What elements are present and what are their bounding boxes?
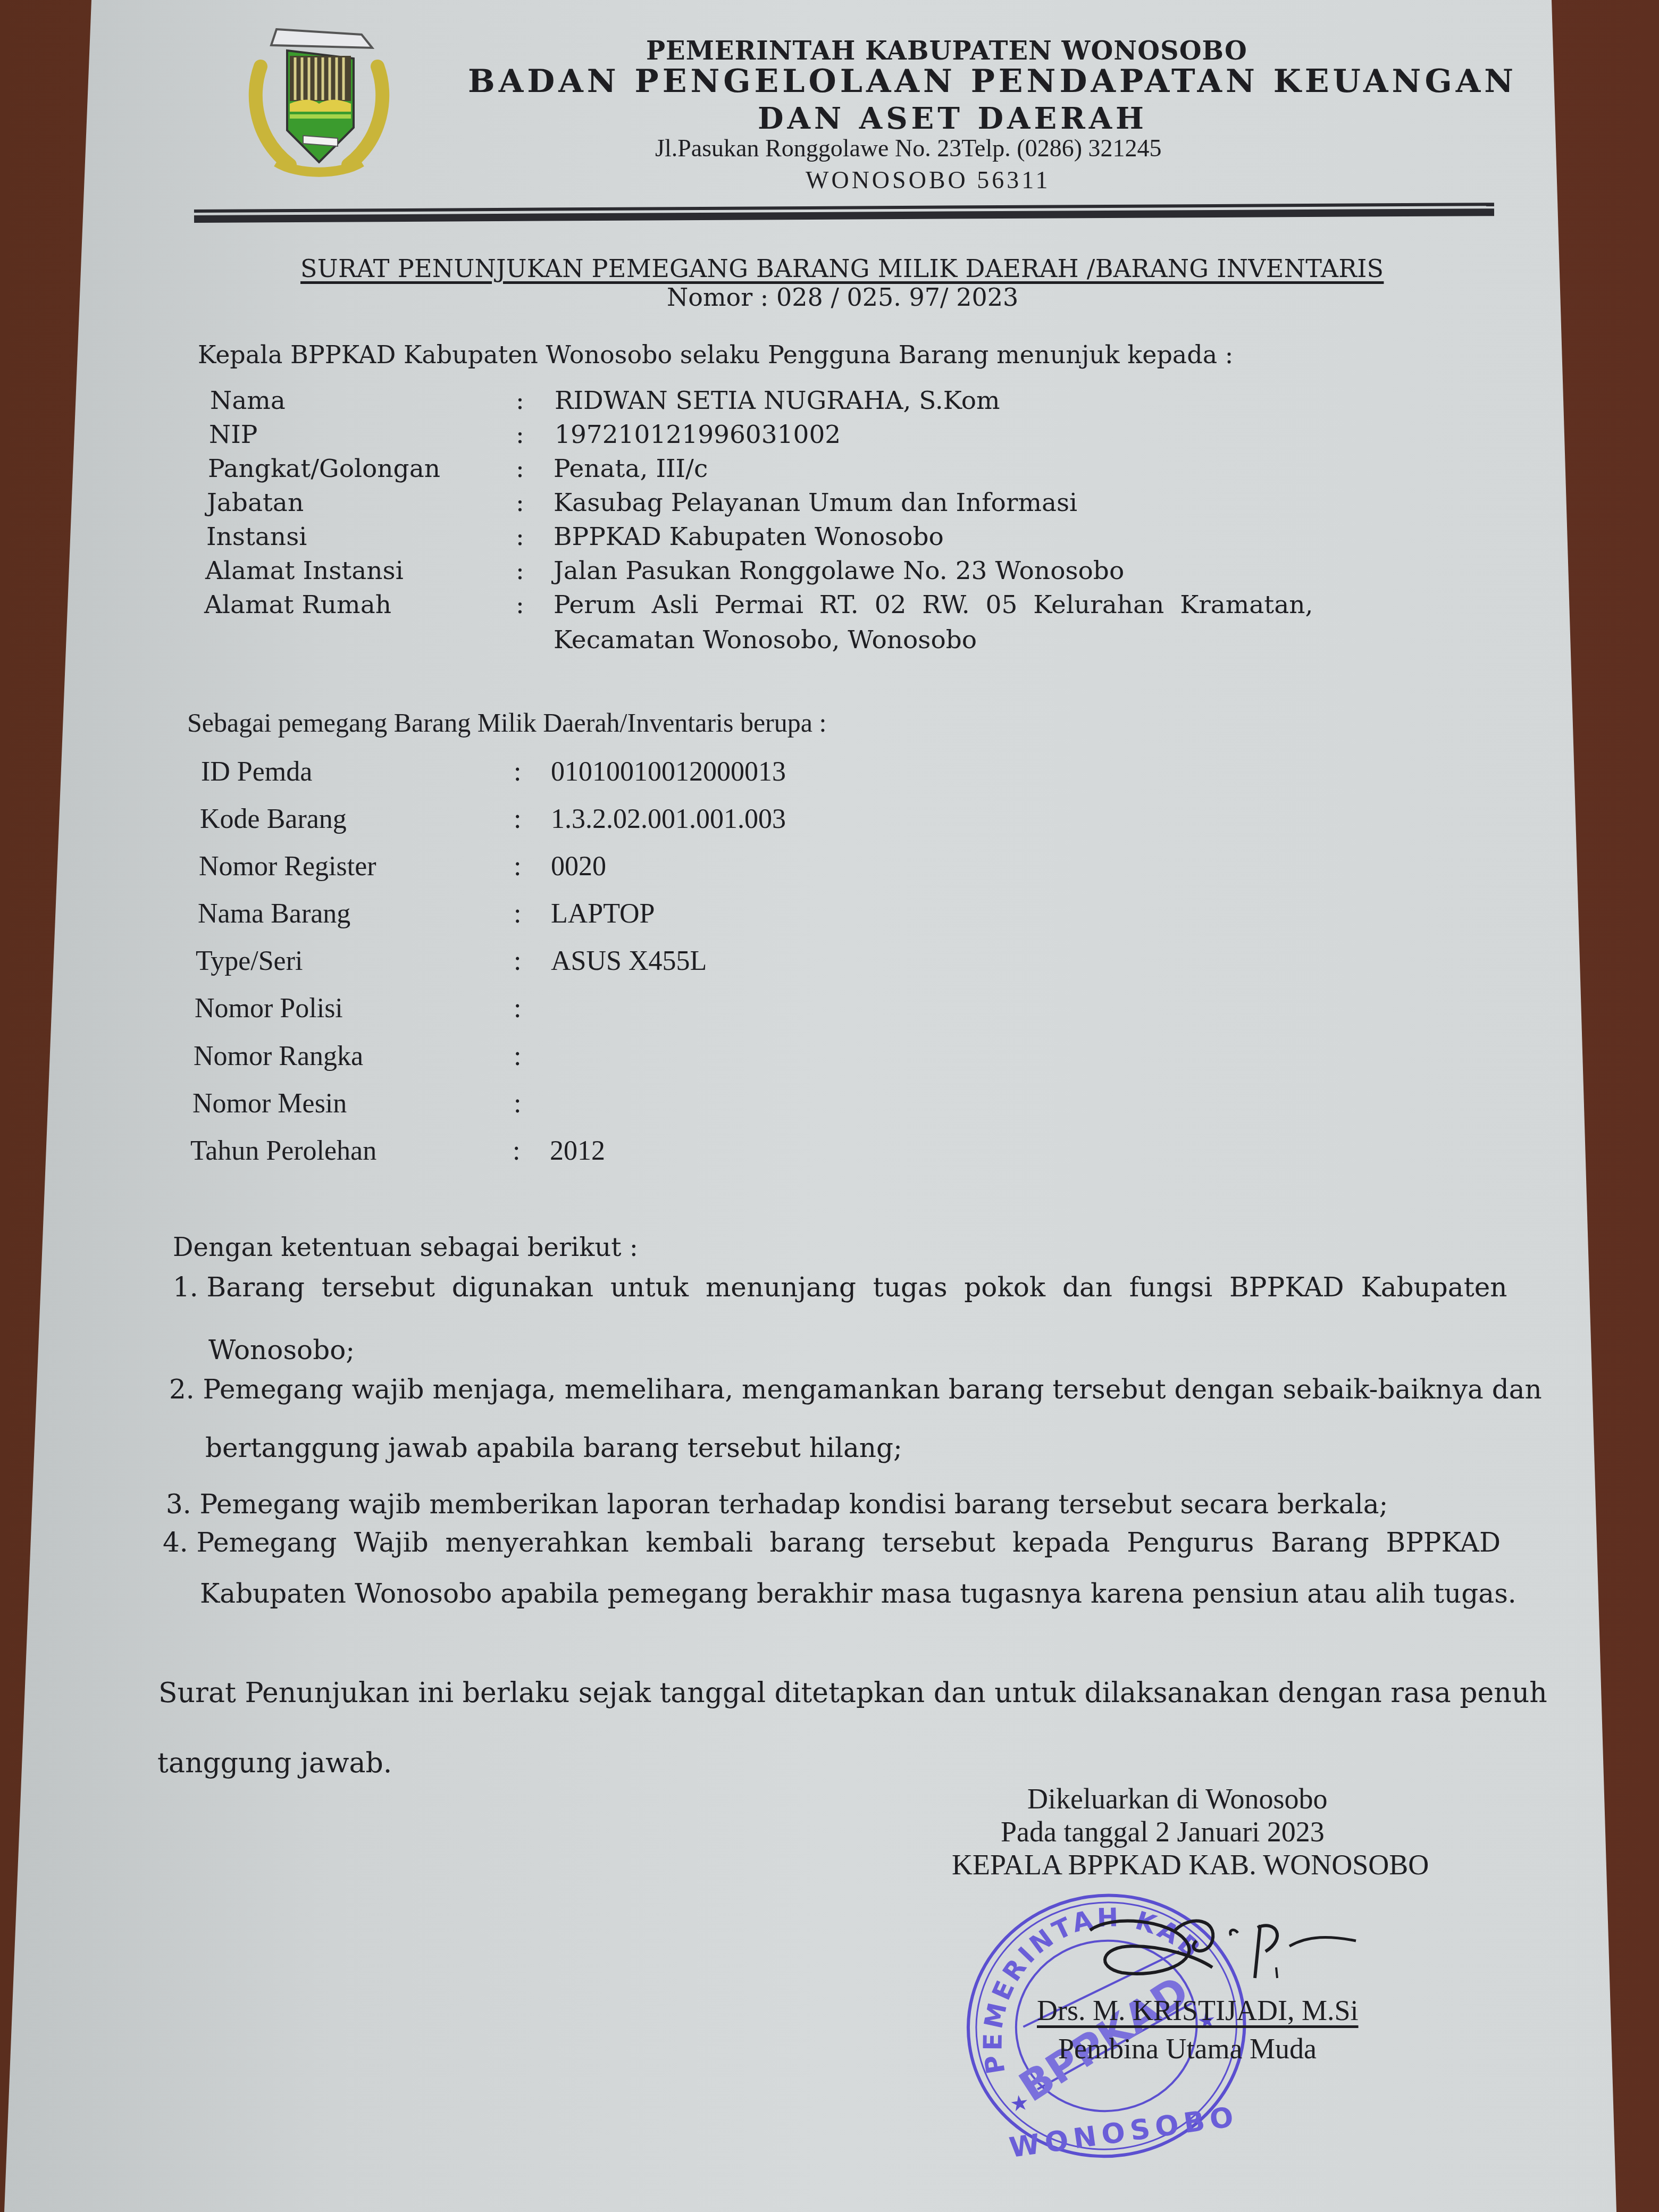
letterhead-agency: BADAN PENGELOLAAN PENDAPATAN KEUANGAN <box>468 63 1517 100</box>
letterhead-city: WONOSOBO 56311 <box>806 166 1051 194</box>
term-3: 3. Pemegang wajib memberikan laporan ter… <box>166 1489 1388 1520</box>
holder-name: RIDWAN SETIA NUGRAHA, S.Kom <box>555 386 1000 415</box>
document-number: Nomor : 028 / 025. 97/ 2023 <box>667 283 1018 312</box>
letterhead-agency-cont: DAN ASET DAERAH <box>758 101 1147 136</box>
term-4-cont: Kabupaten Wonosobo apabila pemegang bera… <box>200 1578 1516 1609</box>
letterhead-government: PEMERINTAH KABUPATEN WONOSOBO <box>646 36 1247 66</box>
handwritten-signature-icon <box>1079 1909 1377 1989</box>
document-intro: Kepala BPPKAD Kabupaten Wonosobo selaku … <box>198 340 1233 369</box>
issued-date: Pada tanggal 2 Januari 2023 <box>1001 1815 1325 1848</box>
term-4: 4. Pemegang Wajib menyerahkan kembali ba… <box>163 1527 1501 1558</box>
terms-intro: Dengan ketentuan sebagai berikut : <box>173 1233 638 1262</box>
term-2: 2. Pemegang wajib menjaga, memelihara, m… <box>169 1374 1542 1405</box>
closing-text: Surat Penunjukan ini berlaku sejak tangg… <box>158 1677 1547 1709</box>
signer-name: Drs. M. KRISTIJADI, M.Si <box>1037 1994 1359 2027</box>
goods-intro: Sebagai pemegang Barang Milik Daerah/Inv… <box>187 707 826 738</box>
term-1-cont: Wonosobo; <box>208 1335 355 1365</box>
signer-position: KEPALA BPPKAD KAB. WONOSOBO <box>952 1848 1429 1881</box>
holder-nip: 197210121996031002 <box>555 420 841 449</box>
term-1: 1. Barang tersebut digunakan untuk menun… <box>173 1272 1507 1303</box>
letterhead-address: Jl.Pasukan Ronggolawe No. 23Telp. (0286)… <box>655 134 1161 162</box>
regency-coat-of-arms-icon <box>239 16 399 181</box>
issued-at: Dikeluarkan di Wonosobo <box>1027 1782 1328 1815</box>
signer-rank: Pembina Utama Muda <box>1058 2032 1317 2065</box>
document-title: SURAT PENUNJUKAN PEMEGANG BARANG MILIK D… <box>300 254 1384 283</box>
term-2-cont: bertanggung jawab apabila barang tersebu… <box>205 1432 902 1463</box>
stamp-star-icon: ★ <box>1008 2090 1030 2117</box>
closing-text-cont: tanggung jawab. <box>157 1747 392 1779</box>
